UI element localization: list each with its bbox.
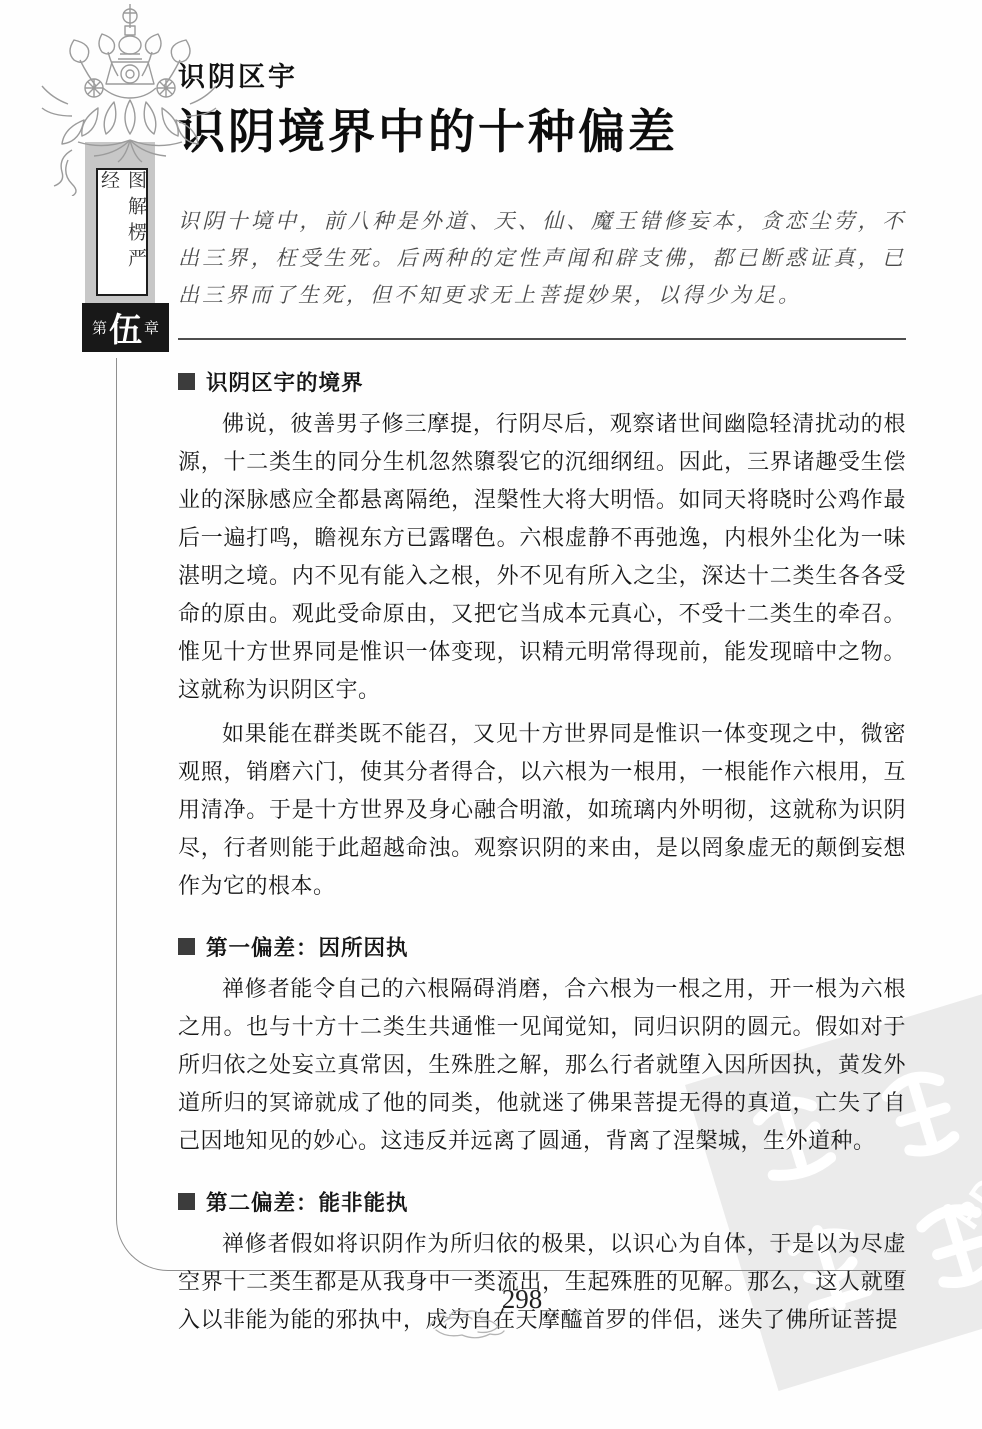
divider-line <box>178 338 906 340</box>
lotus-ornament-icon <box>38 0 220 196</box>
page-number: 298 <box>462 1284 582 1315</box>
body-paragraph: 如果能在群类既不能召，又见十方世界同是惟识一体变现之中，微密观照，销磨六门，使其… <box>178 715 906 905</box>
section-heading: 识阴区宇的境界 <box>178 366 906 397</box>
content-section: 识阴区宇的境界 佛说，彼善男子修三摩提，行阴尽后，观察诸世间幽隐轻清扰动的根源，… <box>178 366 906 905</box>
body-paragraph: 佛说，彼善男子修三摩提，行阴尽后，观察诸世间幽隐轻清扰动的根源，十二类生的同分生… <box>178 405 906 709</box>
section-heading-text: 第一偏差：因所因执 <box>206 931 409 962</box>
chapter-number: 伍 <box>109 304 142 351</box>
content-section: 第一偏差：因所因执 禅修者能令自己的六根隔碍消磨，合六根为一根之用，开一根为六根… <box>178 931 906 1160</box>
body-paragraph: 禅修者假如将识阴作为所归依的极果，以识心为自体，于是以为尽虚空界十二类生都是从我… <box>178 1225 906 1339</box>
book-page: PDG <box>0 0 982 1429</box>
chapter-prefix: 第 <box>92 317 107 338</box>
sections-container: 识阴区宇的境界 佛说，彼善男子修三摩提，行阴尽后，观察诸世间幽隐轻清扰动的根源，… <box>178 366 906 1339</box>
intro-abstract: 识阴十境中，前八种是外道、天、仙、魔王错修妄本，贪恋尘劳，不出三界，枉受生死。后… <box>178 203 906 314</box>
section-heading: 第一偏差：因所因执 <box>178 931 906 962</box>
square-bullet-icon <box>178 373 195 390</box>
content-section: 第二偏差：能非能执 禅修者假如将识阴作为所归依的极果，以识心为自体，于是以为尽虚… <box>178 1186 906 1339</box>
chapter-suffix: 章 <box>144 317 159 338</box>
square-bullet-icon <box>178 1193 195 1210</box>
chapter-tab: 第 伍 章 <box>82 303 169 352</box>
main-content: 识阴区宇 识阴境界中的十种偏差 识阴十境中，前八种是外道、天、仙、魔王错修妄本，… <box>178 0 906 1339</box>
section-heading: 第二偏差：能非能执 <box>178 1186 906 1217</box>
section-heading-text: 第二偏差：能非能执 <box>206 1186 409 1217</box>
section-heading-text: 识阴区宇的境界 <box>206 366 364 397</box>
page-title: 识阴境界中的十种偏差 <box>178 104 906 163</box>
body-paragraph: 禅修者能令自己的六根隔碍消磨，合六根为一根之用，开一根为六根之用。也与十方十二类… <box>178 970 906 1160</box>
square-bullet-icon <box>178 938 195 955</box>
section-kicker: 识阴区宇 <box>178 55 906 94</box>
